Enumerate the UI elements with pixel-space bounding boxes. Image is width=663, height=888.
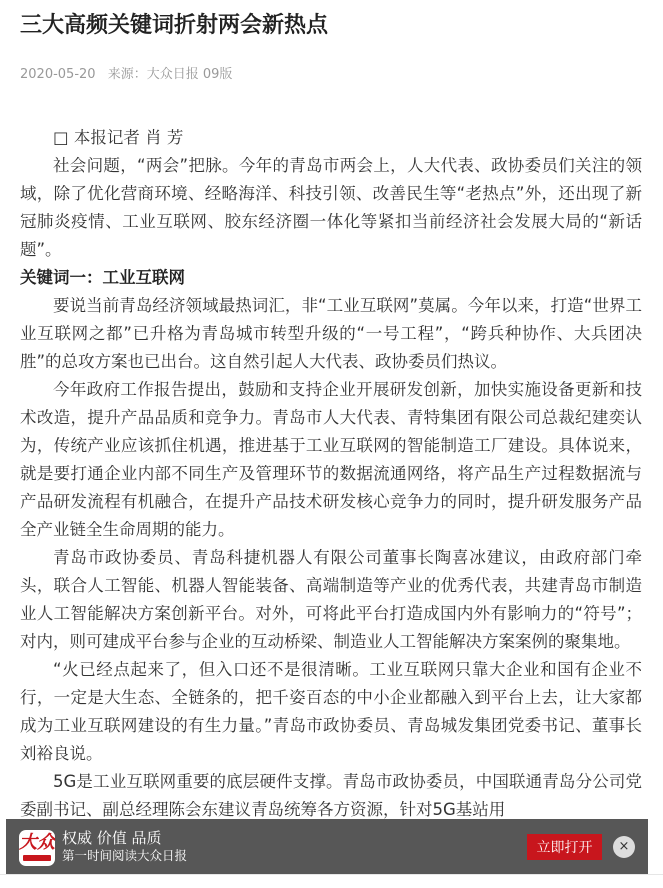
- section-heading-1: 关键词一：工业互联网: [20, 264, 642, 292]
- paragraph: 5G是工业互联网重要的底层硬件支撑。青岛市政协委员，中国联通青岛分公司党委副书记…: [20, 768, 642, 824]
- bottom-bar: [0, 874, 663, 888]
- publish-date: 2020-05-20: [20, 67, 96, 82]
- article-source: 来源：大众日报 09版: [108, 67, 233, 82]
- article-meta: 2020-05-20 来源：大众日报 09版: [20, 64, 232, 86]
- close-banner-icon[interactable]: ×: [613, 836, 635, 858]
- logo-strip: [23, 855, 51, 861]
- logo-mark: 大众: [19, 832, 55, 854]
- app-logo-icon: 大众: [19, 830, 55, 866]
- paragraph: 要说当前青岛经济领域最热词汇，非“工业互联网”莫属。今年以来，打造“世界工业互联…: [20, 292, 642, 376]
- paragraph: 青岛市政协委员、青岛科捷机器人有限公司董事长陶喜冰建议，由政府部门牵头，联合人工…: [20, 544, 642, 656]
- byline: □ 本报记者 肖 芳: [20, 124, 642, 152]
- paragraph: 今年政府工作报告提出，鼓励和支持企业开展研发创新，加快实施设备更新和技术改造，提…: [20, 376, 642, 544]
- app-subtitle: 第一时间阅读大众日报: [62, 848, 187, 864]
- article-title: 三大高频关键词折射两会新热点: [20, 8, 328, 44]
- article-body: □ 本报记者 肖 芳 社会问题，“两会”把脉。今年的青岛市两会上，人大代表、政协…: [20, 124, 642, 824]
- paragraph-intro: 社会问题，“两会”把脉。今年的青岛市两会上，人大代表、政协委员们关注的领域，除了…: [20, 152, 642, 264]
- paragraph: “火已经点起来了，但入口还不是很清晰。工业互联网只靠大企业和国有企业不行，一定是…: [20, 656, 642, 768]
- open-app-button[interactable]: 立即打开: [527, 834, 602, 860]
- app-download-banner[interactable]: 大众 权威 价值 品质 第一时间阅读大众日报 立即打开 ×: [6, 819, 648, 874]
- app-slogan: 权威 价值 品质: [62, 829, 162, 847]
